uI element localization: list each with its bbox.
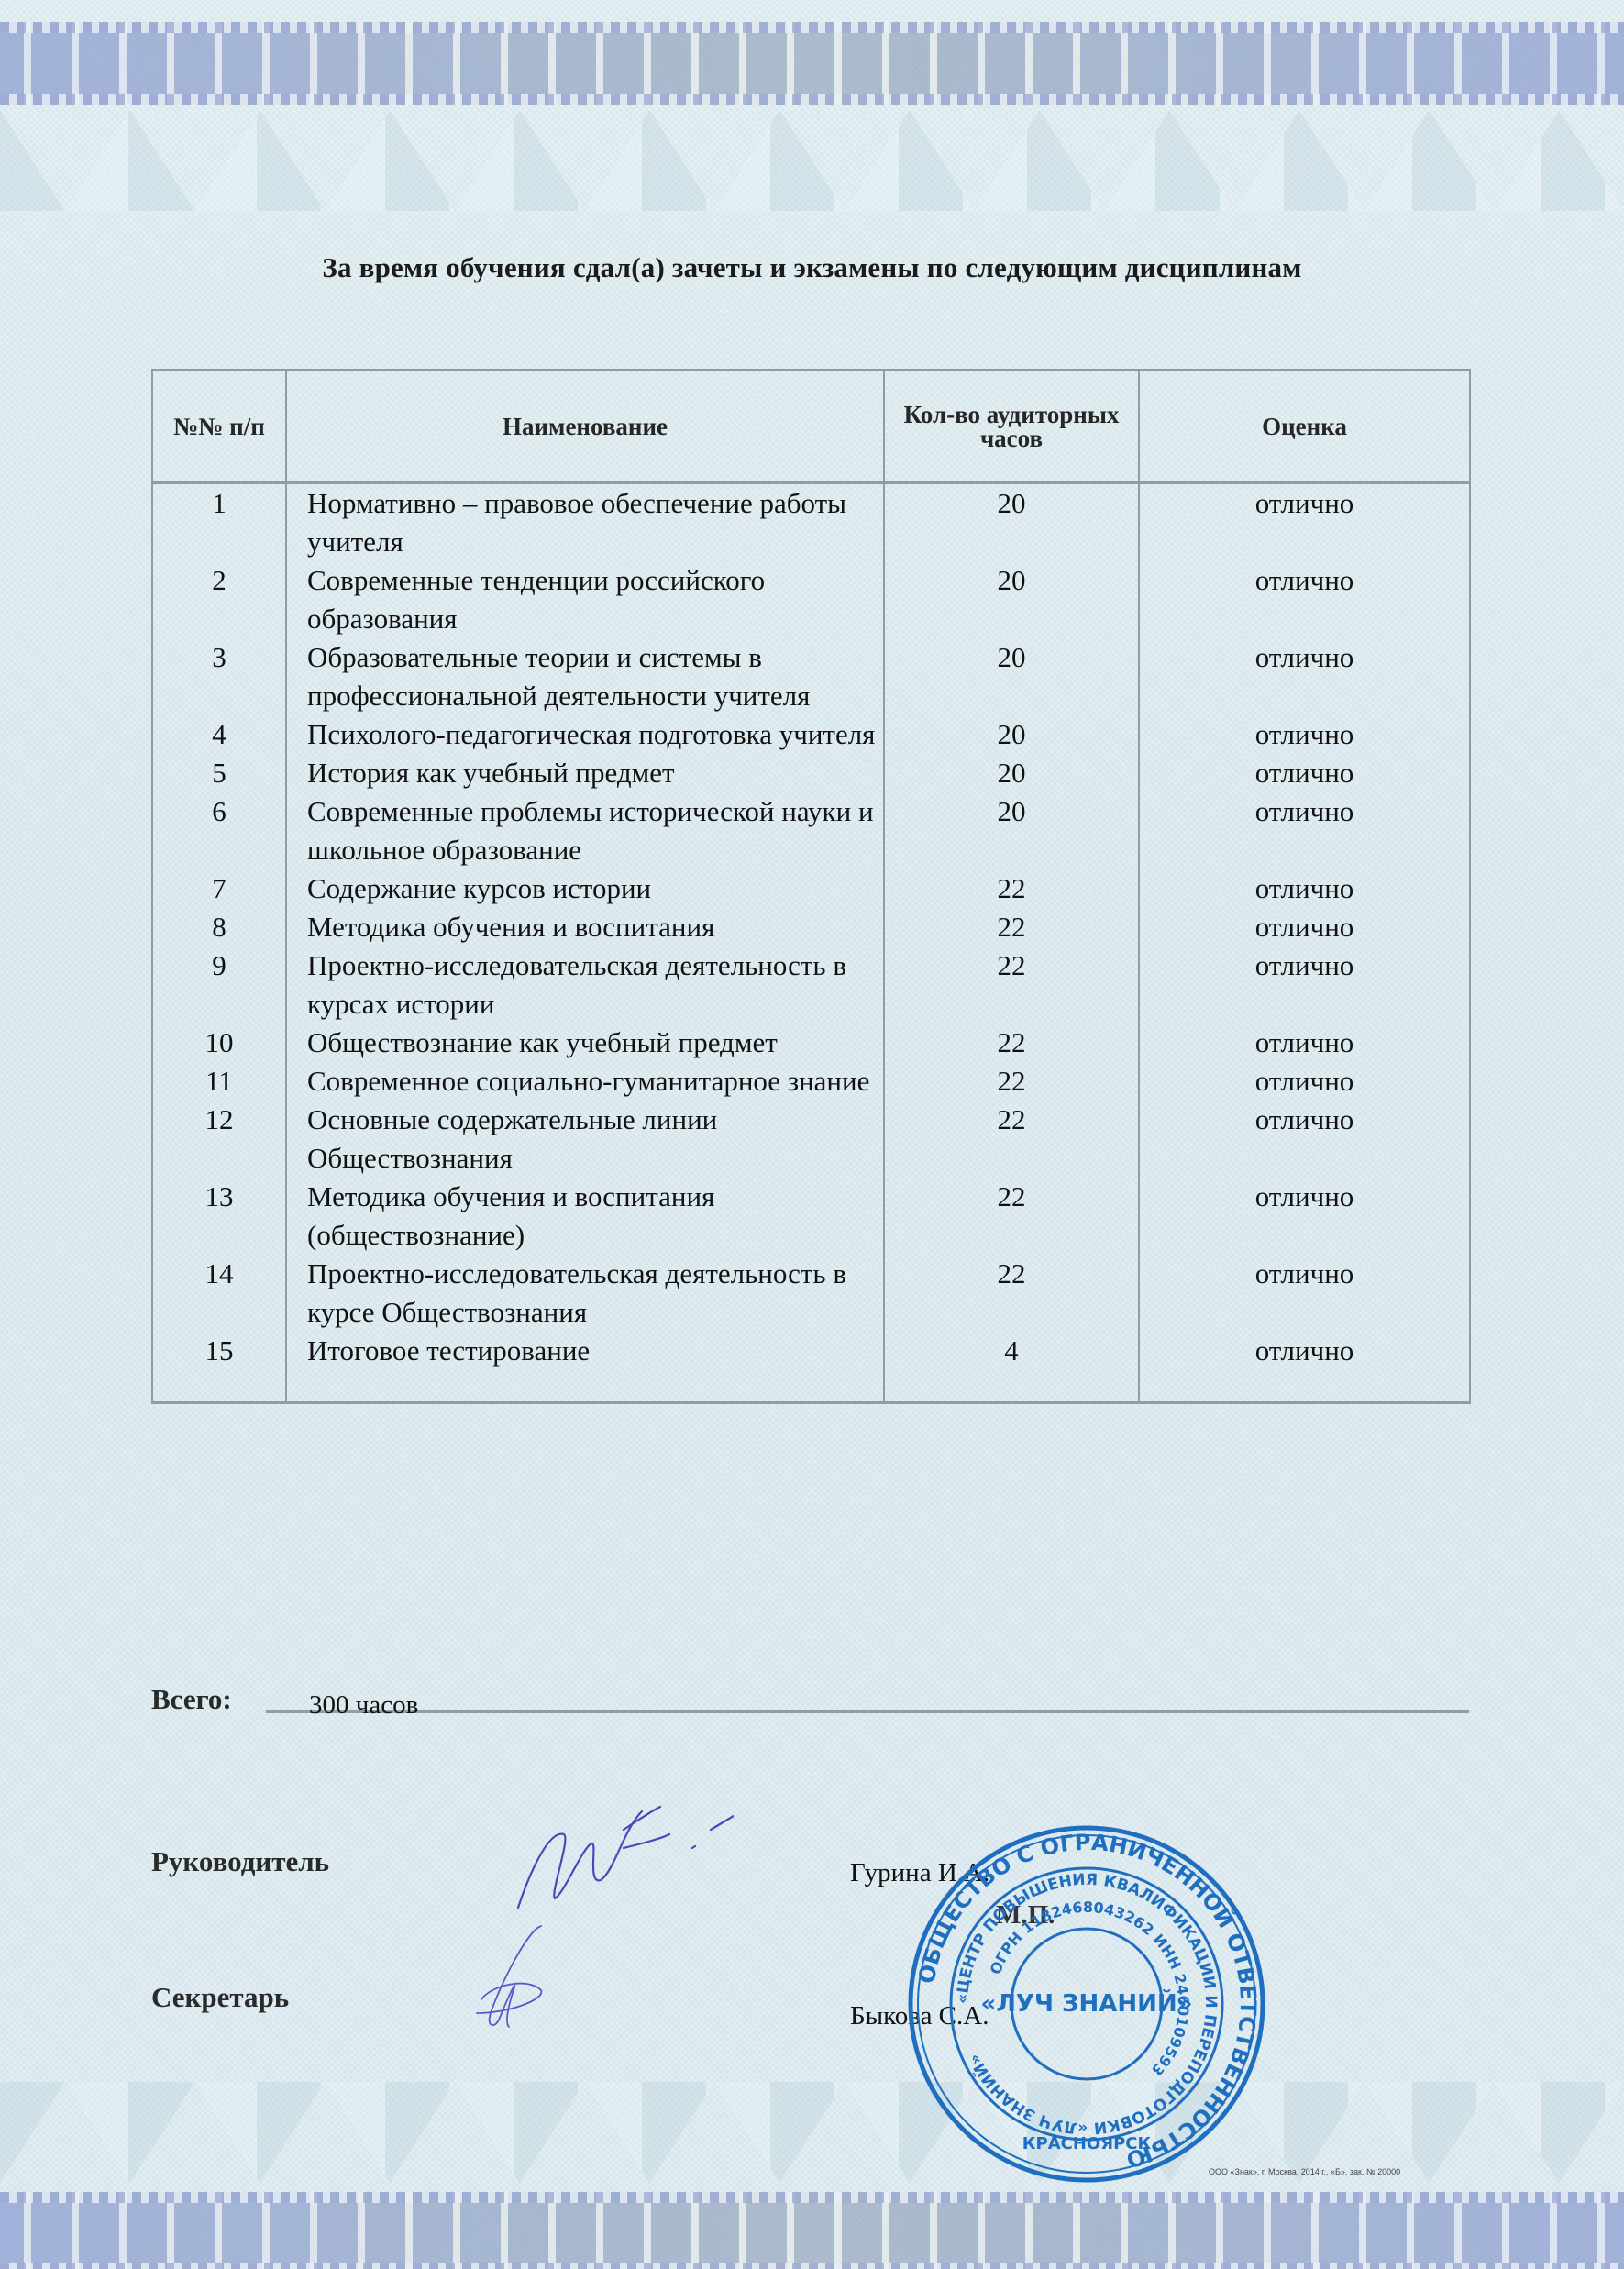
table-row: 5История как учебный предмет20отлично xyxy=(152,754,1470,792)
grade-value: отлично xyxy=(1139,1255,1470,1332)
discipline-name: Психолого-педагогическая подготовка учит… xyxy=(286,715,884,754)
discipline-name: Обществознание как учебный предмет xyxy=(286,1024,884,1062)
printer-imprint: ООО «Знак», г. Москва, 2014 г., «Б», зак… xyxy=(1209,2167,1400,2176)
grade-value: отлично xyxy=(1139,638,1470,715)
hours-value: 22 xyxy=(884,1101,1139,1178)
row-number: 11 xyxy=(152,1062,286,1101)
header-hours: Кол-во аудиторных часов xyxy=(884,371,1139,483)
table-row: 12Основные содержательные линии Общество… xyxy=(152,1101,1470,1178)
total-underline xyxy=(266,1710,1469,1713)
grade-value: отлично xyxy=(1139,792,1470,869)
row-number: 9 xyxy=(152,946,286,1024)
stamp-center-text: «ЛУЧ ЗНАНИЙ» xyxy=(981,1988,1193,2018)
table-row: 3Образовательные теории и системы в проф… xyxy=(152,638,1470,715)
table-row: 15Итоговое тестирование4отлично xyxy=(152,1332,1470,1403)
hours-value: 20 xyxy=(884,754,1139,792)
row-number: 13 xyxy=(152,1178,286,1255)
hours-value: 22 xyxy=(884,1062,1139,1101)
grade-value: отлично xyxy=(1139,908,1470,946)
table-row: 2Современные тенденции российского образ… xyxy=(152,561,1470,638)
hours-value: 20 xyxy=(884,715,1139,754)
table-row: 9Проектно-исследовательская деятельность… xyxy=(152,946,1470,1024)
hours-value: 22 xyxy=(884,908,1139,946)
discipline-name: Методика обучения и воспитания (общество… xyxy=(286,1178,884,1255)
guilloche-pattern-top xyxy=(0,110,1624,211)
row-number: 12 xyxy=(152,1101,286,1178)
table-row: 4Психолого-педагогическая подготовка учи… xyxy=(152,715,1470,754)
stamp-city: КРАСНОЯРСК xyxy=(1022,2134,1152,2153)
security-band-top xyxy=(0,22,1624,105)
grade-value: отлично xyxy=(1139,869,1470,908)
grade-value: отлично xyxy=(1139,1332,1470,1403)
grade-value: отлично xyxy=(1139,1062,1470,1101)
head-signature xyxy=(514,1793,734,1912)
discipline-name: Современные тенденции российского образо… xyxy=(286,561,884,638)
row-number: 1 xyxy=(152,483,286,562)
discipline-name: Образовательные теории и системы в профе… xyxy=(286,638,884,715)
hours-value: 20 xyxy=(884,483,1139,562)
header-number: №№ п/п xyxy=(152,371,286,483)
hours-value: 22 xyxy=(884,1255,1139,1332)
row-number: 4 xyxy=(152,715,286,754)
hours-value: 22 xyxy=(884,946,1139,1024)
hours-value: 22 xyxy=(884,869,1139,908)
discipline-name: Современное социально-гуманитарное знани… xyxy=(286,1062,884,1101)
grade-value: отлично xyxy=(1139,1101,1470,1178)
table-header-row: №№ п/п Наименование Кол-во аудиторных ча… xyxy=(152,371,1470,483)
hours-value: 20 xyxy=(884,561,1139,638)
row-number: 2 xyxy=(152,561,286,638)
discipline-name: Основные содержательные линии Обществозн… xyxy=(286,1101,884,1178)
header-grade: Оценка xyxy=(1139,371,1470,483)
table-row: 8Методика обучения и воспитания22отлично xyxy=(152,908,1470,946)
hours-value: 22 xyxy=(884,1024,1139,1062)
grade-value: отлично xyxy=(1139,946,1470,1024)
row-number: 8 xyxy=(152,908,286,946)
hours-value: 20 xyxy=(884,792,1139,869)
table-row: 7Содержание курсов истории22отлично xyxy=(152,869,1470,908)
total-value: 300 часов xyxy=(309,1690,418,1721)
secretary-signature xyxy=(463,1921,564,2031)
hours-value: 4 xyxy=(884,1332,1139,1403)
discipline-name: Современные проблемы исторической науки … xyxy=(286,792,884,869)
table-row: 13Методика обучения и воспитания (общест… xyxy=(152,1178,1470,1255)
discipline-name: История как учебный предмет xyxy=(286,754,884,792)
row-number: 3 xyxy=(152,638,286,715)
grade-value: отлично xyxy=(1139,754,1470,792)
hours-value: 20 xyxy=(884,638,1139,715)
company-seal-stamp: ОБЩЕСТВО С ОГРАНИЧЕННОЙ ОТВЕТСТВЕННОСТЬЮ… xyxy=(903,1821,1270,2187)
hours-value: 22 xyxy=(884,1178,1139,1255)
secretary-role-label: Секретарь xyxy=(151,1981,289,2014)
head-role-label: Руководитель xyxy=(151,1845,329,1878)
discipline-name: Содержание курсов истории xyxy=(286,869,884,908)
grade-value: отлично xyxy=(1139,561,1470,638)
table-row: 6Современные проблемы исторической науки… xyxy=(152,792,1470,869)
discipline-name: Методика обучения и воспитания xyxy=(286,908,884,946)
discipline-name: Нормативно – правовое обеспечение работы… xyxy=(286,483,884,562)
header-name: Наименование xyxy=(286,371,884,483)
grade-value: отлично xyxy=(1139,1178,1470,1255)
discipline-name: Проектно-исследовательская деятельность … xyxy=(286,1255,884,1332)
grade-value: отлично xyxy=(1139,1024,1470,1062)
total-label: Всего: xyxy=(151,1683,232,1716)
discipline-name: Проектно-исследовательская деятельность … xyxy=(286,946,884,1024)
document-title: За время обучения сдал(а) зачеты и экзам… xyxy=(0,251,1624,284)
row-number: 14 xyxy=(152,1255,286,1332)
table-row: 1Нормативно – правовое обеспечение работ… xyxy=(152,483,1470,562)
row-number: 10 xyxy=(152,1024,286,1062)
table-row: 14Проектно-исследовательская деятельност… xyxy=(152,1255,1470,1332)
row-number: 15 xyxy=(152,1332,286,1403)
table-row: 11Современное социально-гуманитарное зна… xyxy=(152,1062,1470,1101)
table-row: 10Обществознание как учебный предмет22от… xyxy=(152,1024,1470,1062)
row-number: 6 xyxy=(152,792,286,869)
disciplines-table: №№ п/п Наименование Кол-во аудиторных ча… xyxy=(151,369,1471,1404)
row-number: 7 xyxy=(152,869,286,908)
security-band-bottom xyxy=(0,2192,1624,2269)
discipline-name: Итоговое тестирование xyxy=(286,1332,884,1403)
row-number: 5 xyxy=(152,754,286,792)
grade-value: отлично xyxy=(1139,483,1470,562)
grade-value: отлично xyxy=(1139,715,1470,754)
